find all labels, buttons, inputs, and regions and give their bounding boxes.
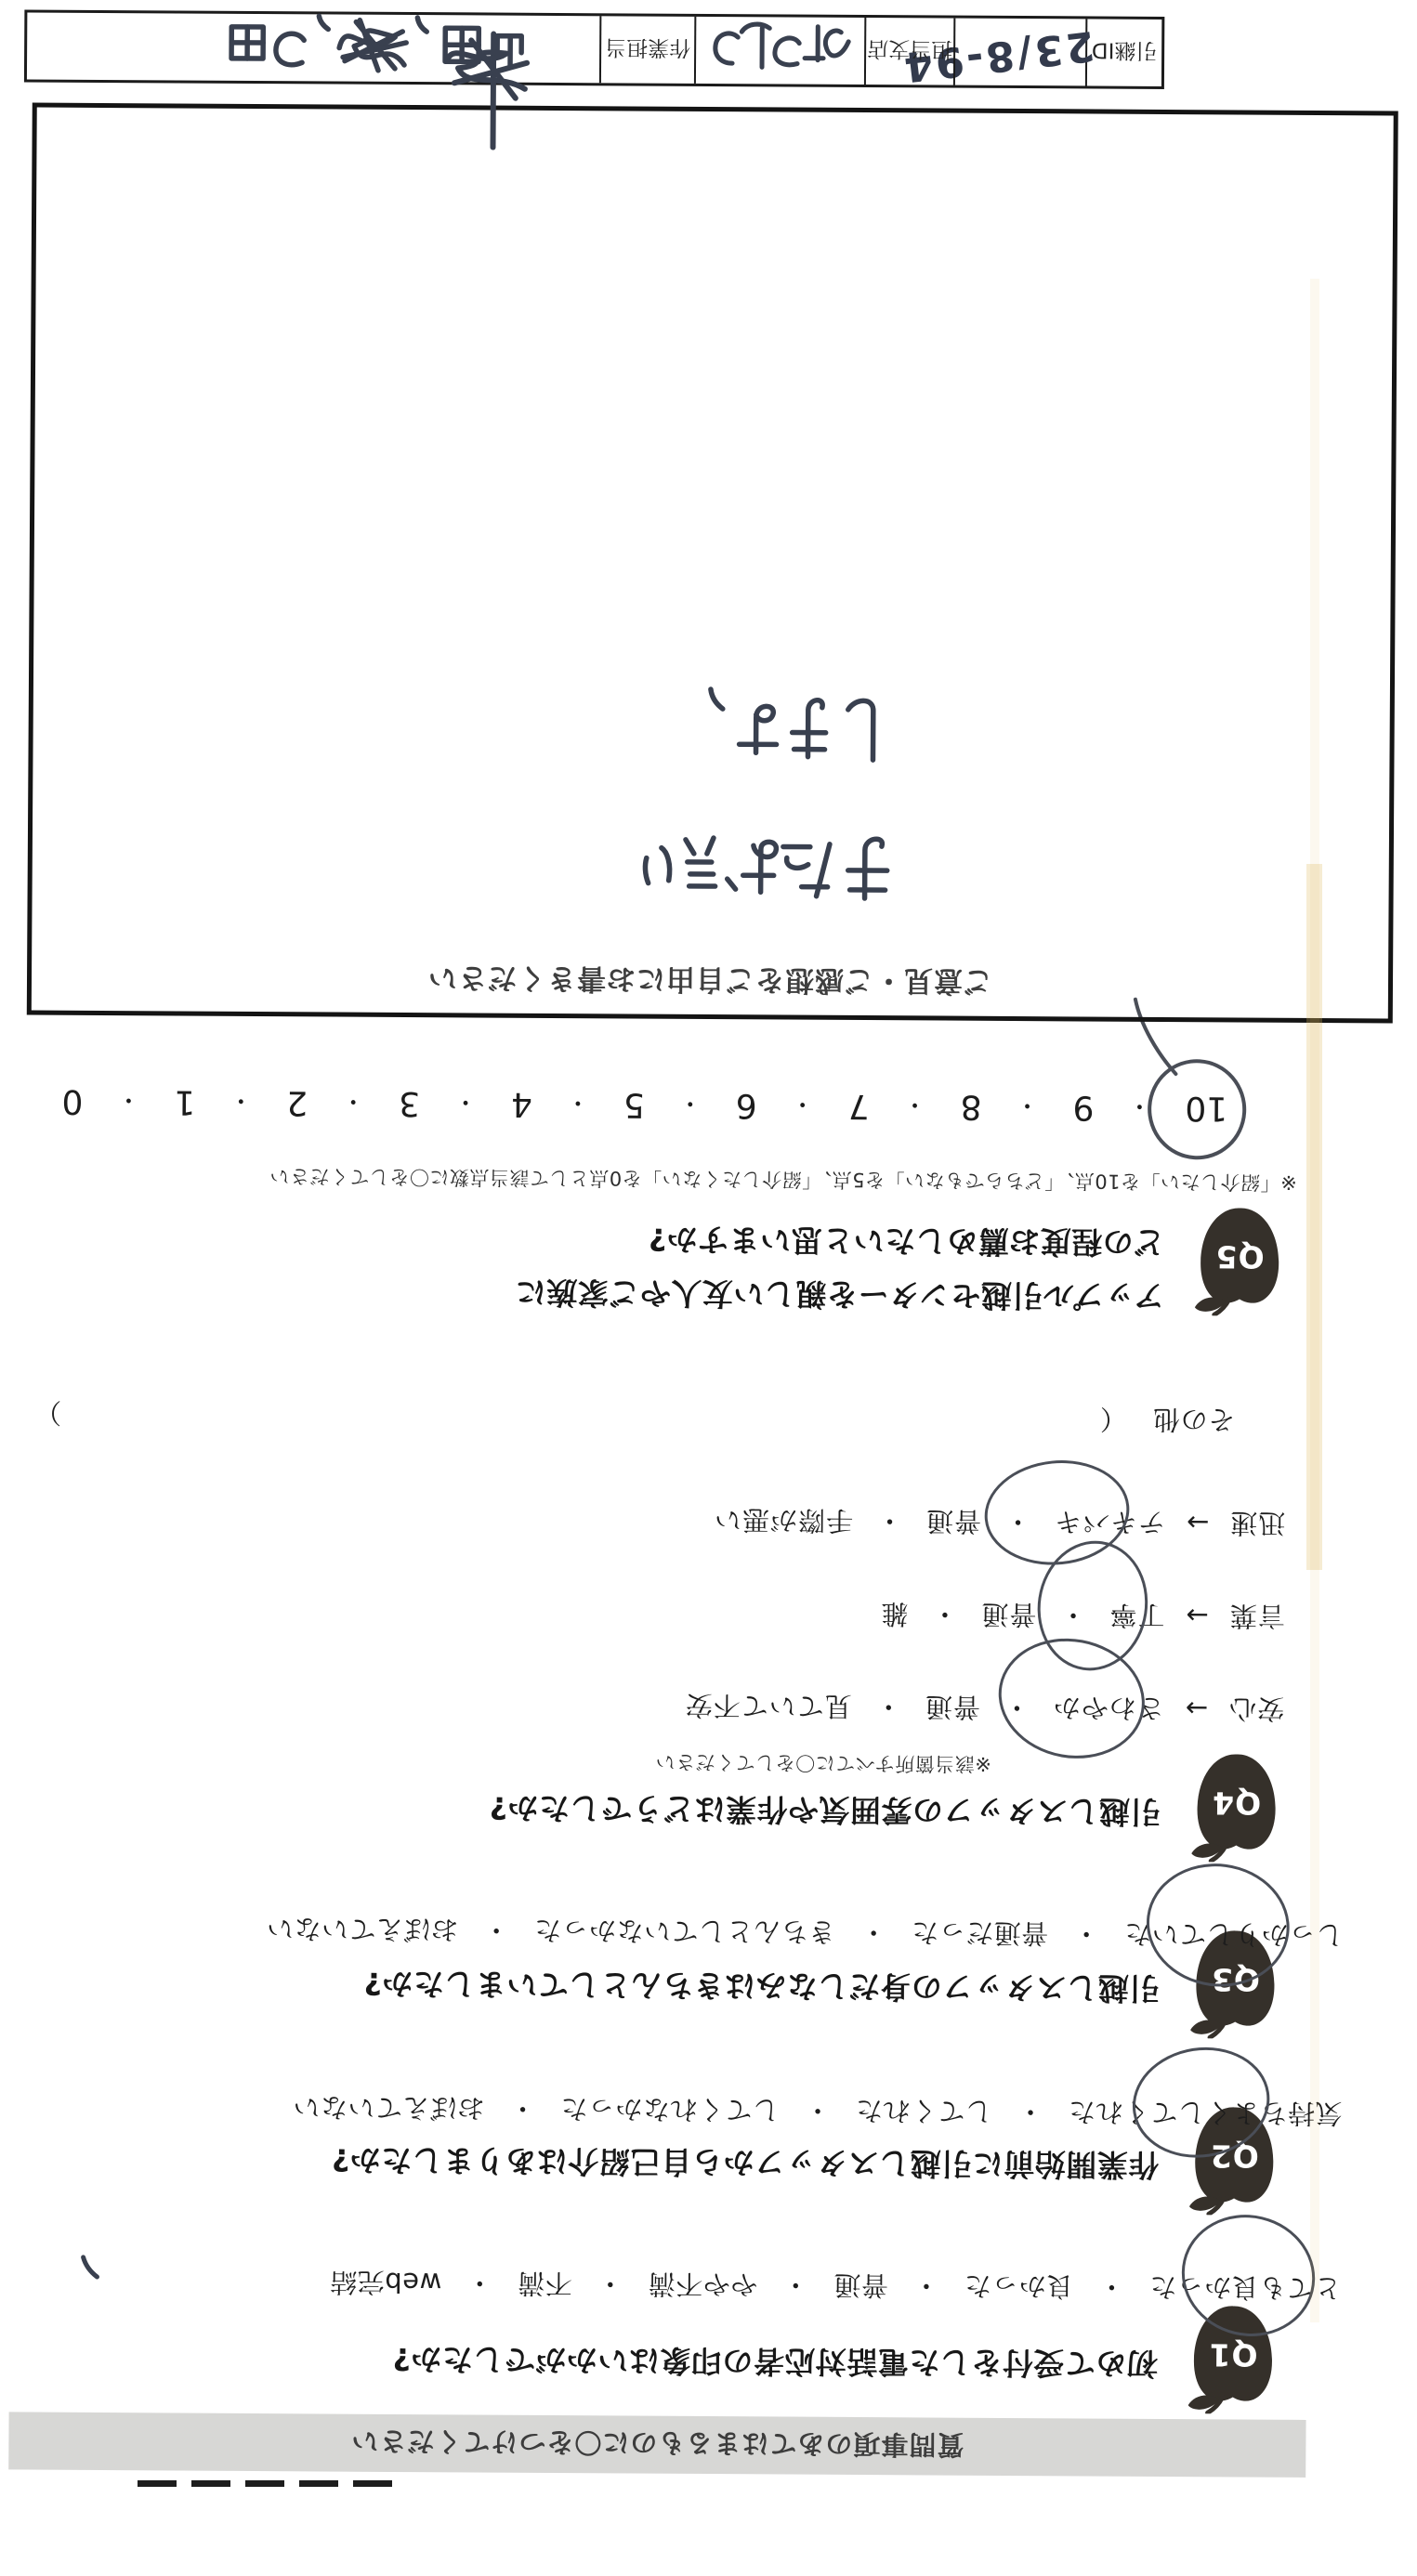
q4-title: 引越しスタッフの雰囲気や作業はどうでしたか? (489, 1788, 1161, 1836)
option: してくれなかった (560, 2093, 780, 2125)
arrow-icon: → (1185, 1693, 1209, 1724)
overflow-scribble (429, 0, 553, 167)
separator: ・ (453, 1087, 478, 1121)
option: 普通 (925, 1691, 980, 1722)
q3-options: しっかりしていた・普通だった・きちんとしていなかった・おぼえていない (43, 1910, 1344, 1956)
option: web完結 (330, 2267, 442, 2299)
scale-point: 3 (399, 1084, 420, 1122)
q3-title: 引越しスタッフの身だしなみはきちんとしていましたか? (363, 1964, 1160, 2012)
separator: ・ (781, 2269, 809, 2301)
option: 良かった (964, 2270, 1073, 2303)
separator: ・ (874, 1691, 902, 1722)
handwritten-branch (695, 13, 862, 85)
row-label: 安心 (1228, 1693, 1284, 1724)
comment-box-header: ご意見・ご感想をご自由にお書きください (32, 958, 1388, 1008)
option: 雑 (880, 1598, 908, 1629)
separator: ・ (1097, 2271, 1125, 2303)
option: きちんとしていなかった (534, 1915, 836, 1948)
q5-badge: Q5 (1187, 1202, 1292, 1316)
separator: ・ (482, 1915, 510, 1946)
scale-point: 6 (736, 1087, 757, 1125)
separator: ・ (508, 2093, 536, 2125)
header-bar-text: 質問事項のあてはまるものに〇をつけてください (350, 2424, 964, 2465)
badge-label: Q5 (1187, 1208, 1292, 1307)
scanned-questionnaire-page: 質問事項のあてはまるものに〇をつけてください Q1 初めて受付をした電話対応者の… (0, 0, 1417, 2576)
option: 普通 (925, 1505, 981, 1536)
scale-point: 0 (61, 1082, 83, 1120)
separator: ・ (930, 1598, 958, 1629)
q4-badge: Q4 (1184, 1748, 1289, 1863)
staff-label-cell: 作業担当 (601, 16, 696, 84)
q2-options: 気持ちよくしてくれた・してくれた・してくれなかった・おぼえていない (41, 2088, 1342, 2135)
arrow-icon: → (1186, 1507, 1210, 1538)
id-value-cell: 23/8-94 (955, 19, 1087, 86)
scale-point: 5 (623, 1086, 645, 1124)
separator: ・ (1072, 1917, 1100, 1949)
separator: ・ (566, 1088, 590, 1122)
other-row: その他 （ (1099, 1402, 1235, 1441)
scale-point: 9 (1072, 1089, 1094, 1127)
comment-box: ご意見・ご感想をご自由にお書きください (27, 103, 1398, 1024)
open-paren: （ (1099, 1404, 1127, 1435)
option: してくれた (855, 2095, 992, 2127)
separator: ・ (902, 1090, 926, 1124)
row-label: 言葉 (1229, 1600, 1285, 1631)
option: やや不満 (648, 2269, 757, 2301)
separator: ・ (678, 1088, 702, 1122)
scale-row: 10・ 9・ 8・ 7・ 6・ 5・ 4・ 3・ 2・ 1・ 0 (61, 1077, 1227, 1134)
header-bar: 質問事項のあてはまるものに〇をつけてください (8, 2412, 1305, 2478)
separator: ・ (466, 2267, 493, 2298)
handwritten-message (615, 633, 914, 932)
option: 普通 (833, 2269, 888, 2301)
id-label-cell: 引継ID (1087, 19, 1161, 85)
badge-label: Q4 (1184, 1754, 1289, 1853)
separator: ・ (859, 1916, 887, 1948)
separator: ・ (1017, 2096, 1044, 2127)
separator: ・ (791, 1089, 815, 1123)
scale-point: 1 (174, 1083, 195, 1121)
separator: ・ (804, 2095, 832, 2126)
q2-title: 作業開始前に引越しスタッフから自己紹介はありましたか? (331, 2140, 1159, 2189)
option: 普通だった (912, 1916, 1049, 1949)
other-label: その他 (1153, 1404, 1236, 1436)
separator: ・ (116, 1085, 140, 1119)
row-label: 迅速 (1229, 1507, 1285, 1538)
option: 普通 (980, 1599, 1036, 1630)
scan-edge-band-faint (1310, 279, 1319, 2322)
separator: ・ (341, 1086, 365, 1120)
option: 手際が悪い (714, 1504, 853, 1536)
stray-pen-mark (72, 2251, 104, 2282)
scale-point: 2 (286, 1084, 308, 1122)
scale-point: 4 (511, 1085, 532, 1123)
arrow-icon: → (1185, 1600, 1209, 1631)
option: おぼえていない (267, 1913, 459, 1945)
branch-value-cell (696, 17, 866, 85)
scan-bottom-edge-marks (138, 2480, 398, 2487)
separator: ・ (229, 1085, 253, 1119)
branch-label-cell: 担当支店 (866, 18, 955, 85)
separator: ・ (597, 2268, 624, 2299)
separator: ・ (912, 2269, 940, 2301)
matrix-row-anshin: 安心→さわやか・普通・見ていて不安 (685, 1688, 1285, 1730)
separator: ・ (875, 1505, 903, 1536)
q5-title-line1: アップル引越センターを親しい友人やご家族に (515, 1273, 1164, 1320)
q5-title-line2: どの程度お薦めしたいと思いますか? (649, 1220, 1165, 1266)
separator: ・ (1015, 1091, 1039, 1125)
scale-point: 8 (960, 1088, 981, 1126)
q5-note: ※「紹介したい」を10点、「どちらでもない」を5点、「紹介したくない」を0点とし… (269, 1163, 1297, 1197)
footer-table: 引継ID 23/8-94 担当支店 (24, 9, 1164, 88)
matrix-row-kotoba: 言葉→丁寧・普通・雑 (880, 1596, 1285, 1637)
q1-title: 初めて受付をした電話対応者の印象はいかがでしたか? (392, 2339, 1158, 2387)
paper-sheet: 質問事項のあてはまるものに〇をつけてください Q1 初めて受付をした電話対応者の… (0, 0, 1417, 2576)
q1-options: とても良かった・良かった・普通・やや不満・不満・web完結 (40, 2263, 1341, 2309)
option: 見ていて不安 (685, 1690, 852, 1722)
matrix-row-jinsoku: 迅速→テキパキ・普通・手際が悪い (714, 1502, 1286, 1544)
close-paren: ） (34, 1395, 62, 1433)
option: おぼえていない (293, 2091, 485, 2124)
scale-point: 7 (848, 1087, 870, 1125)
option: 不満 (518, 2268, 572, 2299)
q4-note: ※該当箇所すべてに〇をしてください (655, 1749, 991, 1779)
